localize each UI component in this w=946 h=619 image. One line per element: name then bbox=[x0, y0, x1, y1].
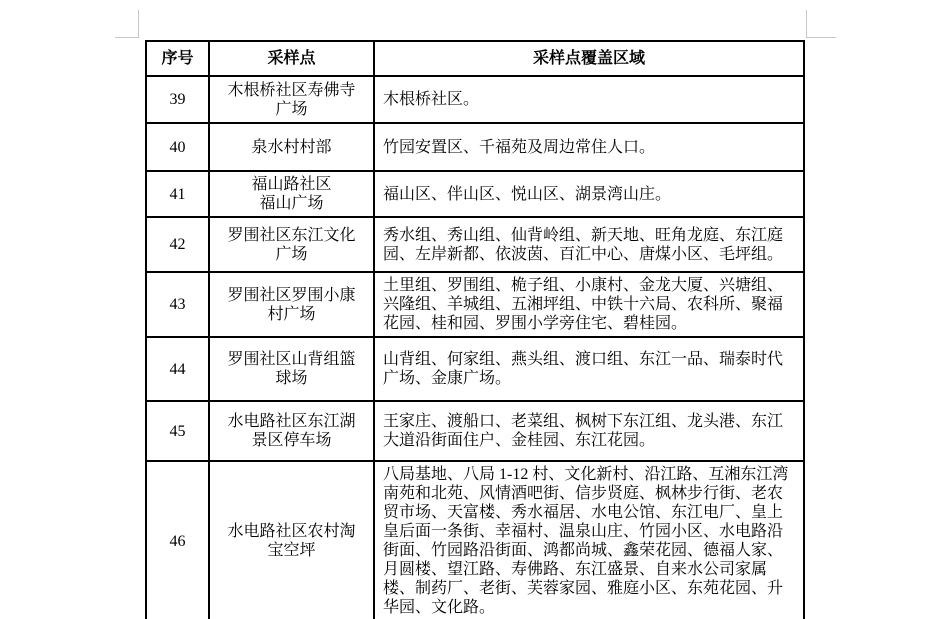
serial-number-cell: 39 bbox=[146, 76, 209, 123]
coverage-area-cell: 土里组、罗围组、桅子组、小康村、金龙大厦、兴塘组、兴隆组、羊城组、五湘坪组、中铁… bbox=[374, 272, 804, 337]
sampling-point-cell: 水电路社区农村淘 宝空坪 bbox=[209, 461, 374, 619]
serial-number-cell: 43 bbox=[146, 272, 209, 337]
header-serial-number: 序号 bbox=[146, 41, 209, 76]
serial-number-cell: 44 bbox=[146, 337, 209, 401]
coverage-area-cell: 福山区、伴山区、悦山区、湖景湾山庄。 bbox=[374, 171, 804, 217]
table-row: 45 水电路社区东江湖 景区停车场 王家庄、渡船口、老菜组、枫树下东江组、龙头港… bbox=[146, 401, 804, 461]
coverage-area-cell: 木根桥社区。 bbox=[374, 76, 804, 123]
header-sampling-point: 采样点 bbox=[209, 41, 374, 76]
serial-number-cell: 40 bbox=[146, 123, 209, 171]
coverage-area-cell: 八局基地、八局 1-12 村、文化新村、沿江路、互湘东江湾南苑和北苑、风情酒吧街… bbox=[374, 461, 804, 619]
coverage-area-cell: 山背组、何家组、燕头组、渡口组、东江一品、瑞泰时代广场、金康广场。 bbox=[374, 337, 804, 401]
table-row: 41 福山路社区 福山广场 福山区、伴山区、悦山区、湖景湾山庄。 bbox=[146, 171, 804, 217]
sampling-point-cell: 木根桥社区寿佛寺 广场 bbox=[209, 76, 374, 123]
table-row: 39 木根桥社区寿佛寺 广场 木根桥社区。 bbox=[146, 76, 804, 123]
table-row: 43 罗围社区罗围小康 村广场 土里组、罗围组、桅子组、小康村、金龙大厦、兴塘组… bbox=[146, 272, 804, 337]
serial-number-cell: 45 bbox=[146, 401, 209, 461]
table-header-row: 序号 采样点 采样点覆盖区域 bbox=[146, 41, 804, 76]
coverage-area-cell: 王家庄、渡船口、老菜组、枫树下东江组、龙头港、东江大道沿街面住户、金桂园、东江花… bbox=[374, 401, 804, 461]
sampling-points-table: 序号 采样点 采样点覆盖区域 39 木根桥社区寿佛寺 广场 木根桥社区。 40 … bbox=[145, 40, 805, 619]
header-coverage-area: 采样点覆盖区域 bbox=[374, 41, 804, 76]
serial-number-cell: 46 bbox=[146, 461, 209, 619]
margin-corner-mark-top-left bbox=[115, 10, 139, 38]
coverage-area-cell: 秀水组、秀山组、仙背岭组、新天地、旺角龙庭、东江庭园、左岸新都、依波茵、百汇中心… bbox=[374, 217, 804, 272]
sampling-point-cell: 泉水村村部 bbox=[209, 123, 374, 171]
sampling-point-cell: 水电路社区东江湖 景区停车场 bbox=[209, 401, 374, 461]
sampling-point-cell: 罗围社区东江文化 广场 bbox=[209, 217, 374, 272]
sampling-point-cell: 罗围社区罗围小康 村广场 bbox=[209, 272, 374, 337]
table-row: 42 罗围社区东江文化 广场 秀水组、秀山组、仙背岭组、新天地、旺角龙庭、东江庭… bbox=[146, 217, 804, 272]
serial-number-cell: 41 bbox=[146, 171, 209, 217]
margin-corner-mark-top-right bbox=[806, 10, 836, 38]
table-row: 44 罗围社区山背组篮 球场 山背组、何家组、燕头组、渡口组、东江一品、瑞泰时代… bbox=[146, 337, 804, 401]
table-row: 46 水电路社区农村淘 宝空坪 八局基地、八局 1-12 村、文化新村、沿江路、… bbox=[146, 461, 804, 619]
serial-number-cell: 42 bbox=[146, 217, 209, 272]
sampling-point-cell: 福山路社区 福山广场 bbox=[209, 171, 374, 217]
sampling-point-cell: 罗围社区山背组篮 球场 bbox=[209, 337, 374, 401]
coverage-area-cell: 竹园安置区、千福苑及周边常住人口。 bbox=[374, 123, 804, 171]
table-row: 40 泉水村村部 竹园安置区、千福苑及周边常住人口。 bbox=[146, 123, 804, 171]
document-page: 序号 采样点 采样点覆盖区域 39 木根桥社区寿佛寺 广场 木根桥社区。 40 … bbox=[0, 0, 946, 619]
